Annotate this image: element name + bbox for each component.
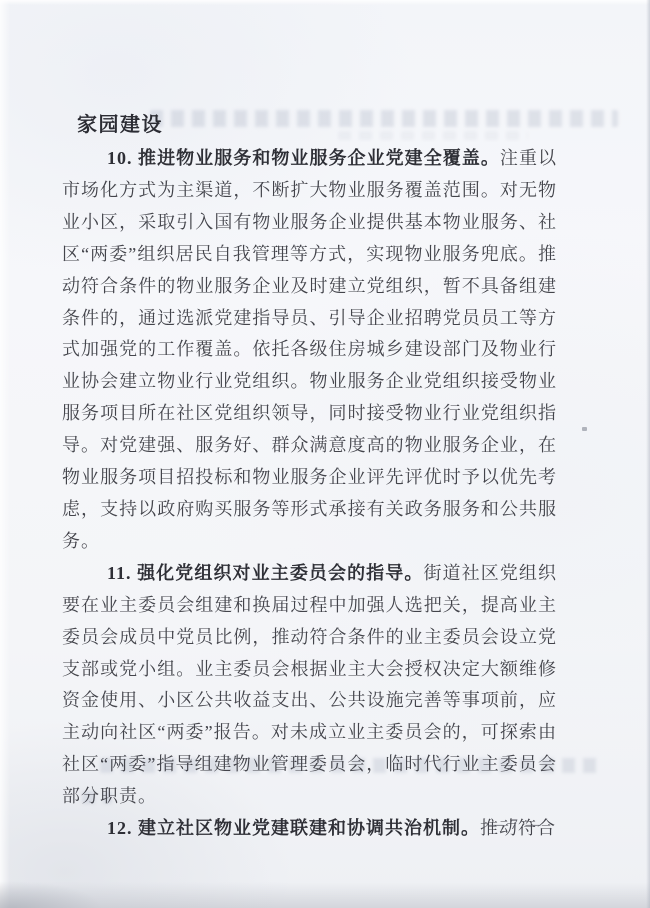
- bleed-through-artifact: [150, 110, 618, 127]
- scan-left-edge: [0, 0, 10, 908]
- bleed-through-artifact: [338, 131, 528, 140]
- scan-speck: [582, 427, 587, 431]
- paragraph-item-11: 11. 强化党组织对业主委员会的指导。街道社区党组织要在业主委员会组建和换届过程…: [62, 558, 557, 813]
- scan-right-edge: [646, 0, 650, 908]
- scan-top-edge: [0, 0, 650, 5]
- section-heading: 家园建设: [77, 108, 163, 137]
- scan-corner-shadow: [0, 868, 150, 908]
- paragraph-11-text: 街道社区党组织要在业主委员会组建和换届过程中加强人选把关，提高业主委员会成员中党…: [62, 563, 557, 806]
- scanned-page: 家园建设 10. 推进物业服务和物业服务企业党建全覆盖。注重以市场化方式为主渠道…: [0, 0, 650, 908]
- paragraph-item-10: 10. 推进物业服务和物业服务企业党建全覆盖。注重以市场化方式为主渠道，不断扩大…: [62, 143, 557, 558]
- paragraph-11-lead: 11. 强化党组织对业主委员会的指导。: [107, 563, 423, 583]
- paragraph-10-text: 注重以市场化方式为主渠道，不断扩大物业服务覆盖范围。对无物业小区，采取引入国有物…: [62, 148, 557, 551]
- paragraph-10-lead: 10. 推进物业服务和物业服务企业党建全覆盖。: [107, 148, 500, 168]
- page-number: — 7 —: [470, 817, 560, 834]
- document-body: 10. 推进物业服务和物业服务企业党建全覆盖。注重以市场化方式为主渠道，不断扩大…: [62, 143, 557, 845]
- paragraph-12-lead: 12. 建立社区物业党建联建和协调共治机制。: [107, 818, 480, 838]
